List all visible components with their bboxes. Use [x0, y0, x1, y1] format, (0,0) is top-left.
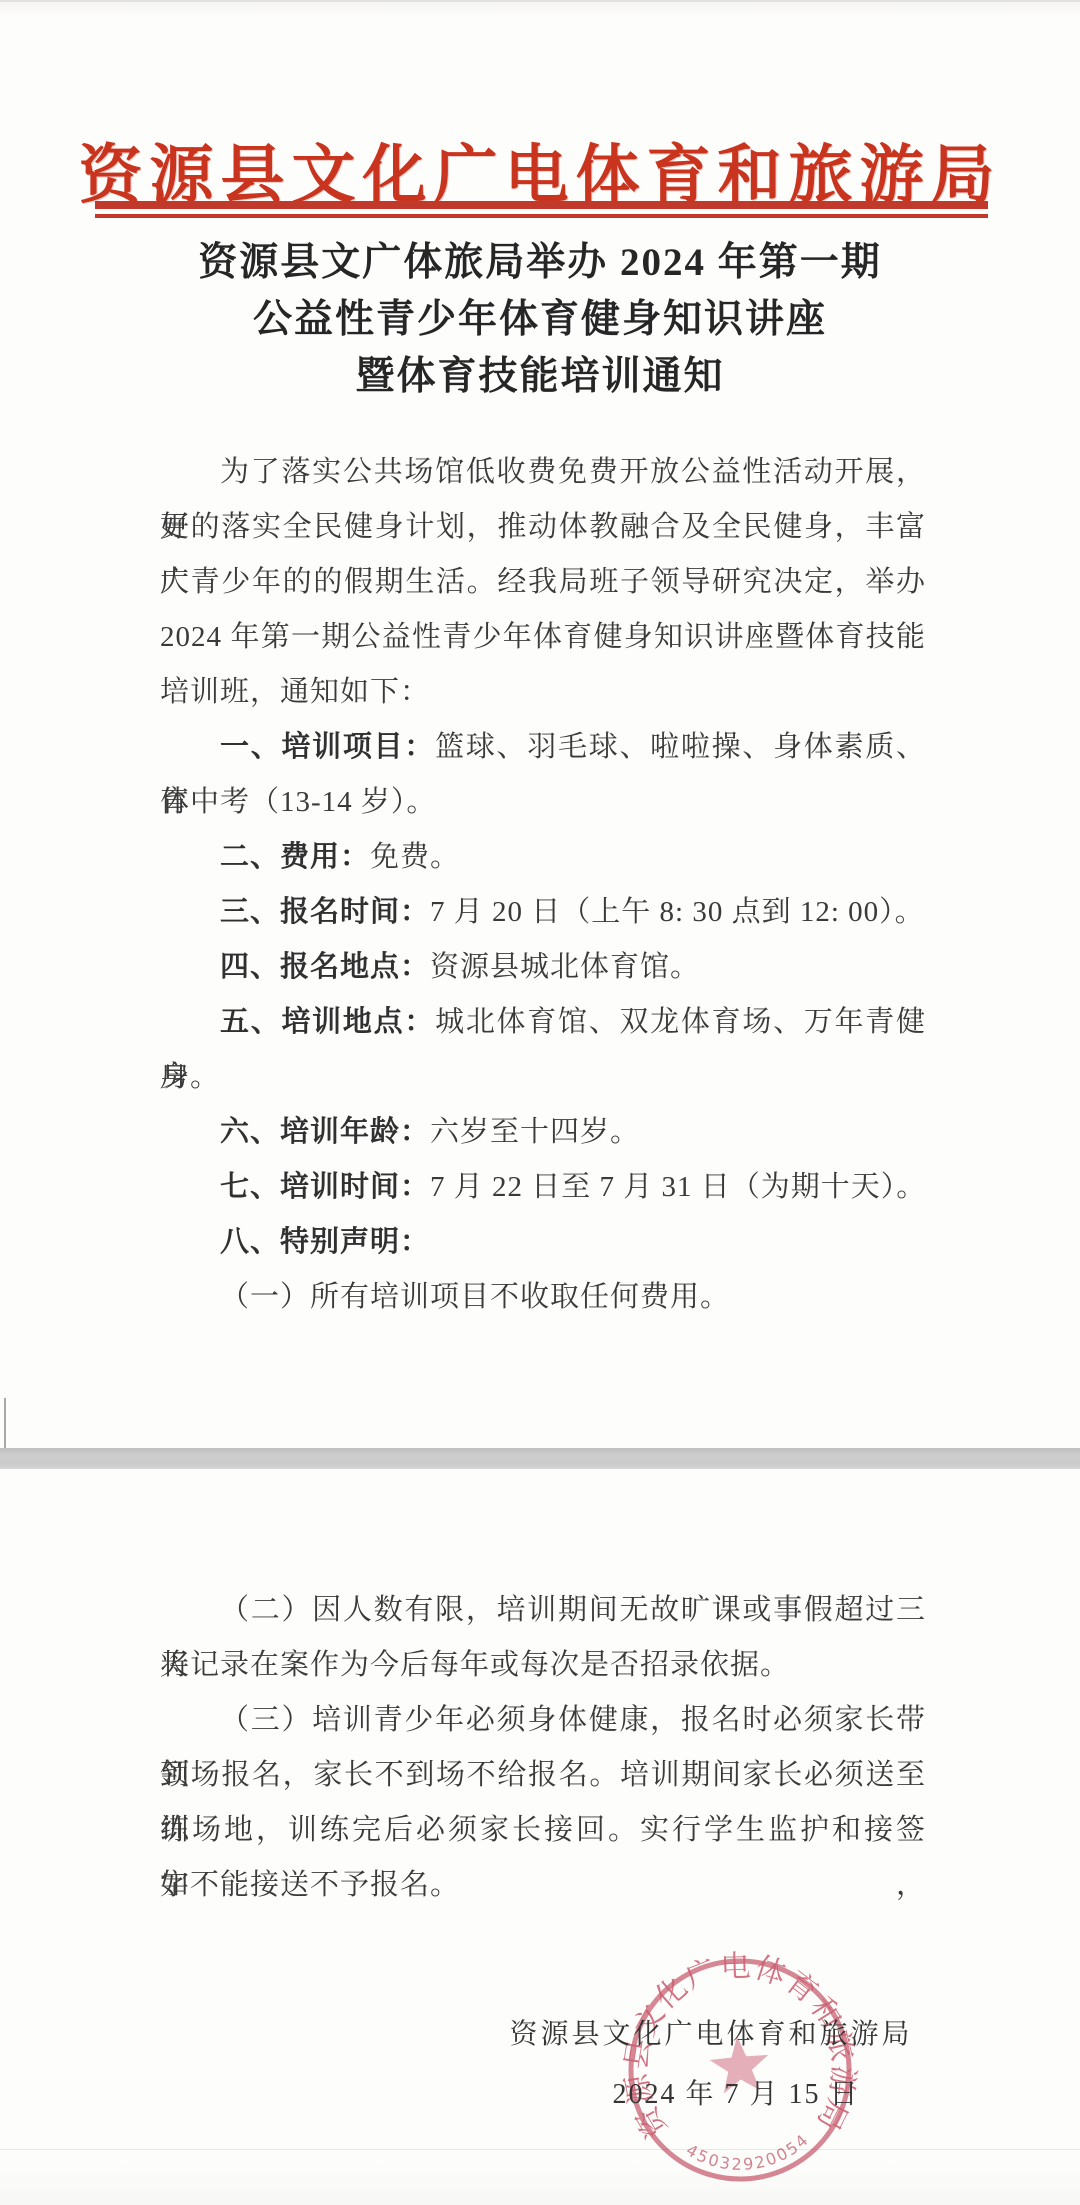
body-line: （二）因人数有限，培训期间无故旷课或事假超过三天: [160, 1583, 926, 1638]
page1-body: 为了落实公共场馆低收费免费开放公益性活动开展，更 好的落实全民健身计划，推动体教…: [160, 445, 926, 1325]
list-item: 一、培训项目：篮球、羽毛球、啦啦操、身体素质、体: [160, 720, 926, 775]
page-divider: [0, 1448, 1080, 1469]
scan-faint-line: [0, 2149, 1080, 2150]
list-item: （一）所有培训项目不收取任何费用。: [160, 1270, 926, 1325]
body-line: 到场报名，家长不到场不给报名。培训期间家长必须送至训: [160, 1748, 926, 1803]
page2-body: （二）因人数有限，培训期间无故旷课或事假超过三天 将记录在案作为今后每年或每次是…: [160, 1583, 926, 1913]
red-rule-thin: [95, 214, 988, 218]
list-item: 五、培训地点：城北体育馆、双龙体育场、万年青健身: [160, 995, 926, 1050]
body-line: 大青少年的的假期生活。经我局班子领导研究决定，举办: [160, 555, 926, 610]
red-rule-thick: [95, 201, 988, 209]
doc-title-line: 资源县文广体旅局举办 2024 年第一期: [0, 234, 1080, 291]
signature: 资源县文化广电体育和旅游局: [421, 2012, 1001, 2052]
body-line: 好的落实全民健身计划，推动体教融合及全民健身，丰富广: [160, 500, 926, 555]
body-line: （三）培训青少年必须身体健康，报名时必须家长带领: [160, 1693, 926, 1748]
list-item: 四、报名地点：资源县城北体育馆。: [160, 940, 926, 995]
date: 2024 年 7 月 15 日: [476, 2072, 996, 2112]
scanned-notice-document: 资源县文化广电体育和旅游局 资源县文广体旅局举办 2024 年第一期 公益性青少…: [0, 0, 1080, 2205]
body-line: 2024 年第一期公益性青少年体育健身知识讲座暨体育技能: [160, 610, 926, 665]
doc-title-line: 暨体育技能培训通知: [0, 348, 1080, 405]
scan-edge-line: [4, 1398, 6, 1448]
doc-title-line: 公益性青少年体育健身知识讲座: [0, 291, 1080, 348]
list-item: 二、费用：免费。: [160, 830, 926, 885]
body-line: 练场地，训练完后必须家长接回。实行学生监护和接签字，: [160, 1803, 926, 1858]
list-item: 七、培训时间：7 月 22 日至 7 月 31 日（为期十天）。: [160, 1160, 926, 1215]
doc-title: 资源县文广体旅局举办 2024 年第一期 公益性青少年体育健身知识讲座 暨体育技…: [0, 234, 1080, 405]
list-item: 育中考（13-14 岁）。: [160, 775, 926, 830]
list-item: 六、培训年龄：六岁至十四岁。: [160, 1105, 926, 1160]
list-item: 八、特别声明：: [160, 1215, 926, 1270]
body-line: 为了落实公共场馆低收费免费开放公益性活动开展，更: [160, 445, 926, 500]
scan-top-edge: [0, 0, 1080, 2]
official-seal: 资源县文化广电体育和旅游局 4503292005418: [599, 1929, 881, 2205]
list-item: 房。: [160, 1050, 926, 1105]
body-line: 将记录在案作为今后每年或每次是否招录依据。: [160, 1638, 926, 1693]
list-item: 三、报名时间：7 月 20 日（上午 8: 30 点到 12: 00）。: [160, 885, 926, 940]
body-line: 培训班，通知如下：: [160, 665, 926, 720]
